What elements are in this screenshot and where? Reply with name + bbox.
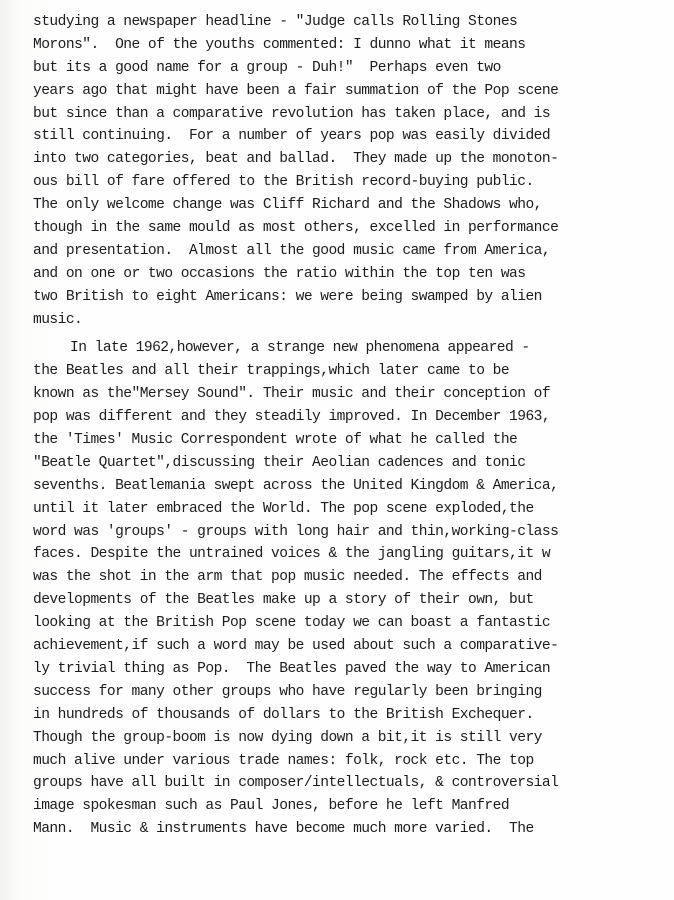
text-line: years ago that might have been a fair su…	[33, 80, 673, 103]
text-line: two British to eight Americans: we were …	[33, 286, 673, 309]
text-line: studying a newspaper headline - "Judge c…	[33, 11, 673, 34]
text-line: success for many other groups who have r…	[33, 681, 673, 704]
text-line: known as the"Mersey Sound". Their music …	[33, 383, 673, 406]
text-line: In late 1962,however, a strange new phen…	[33, 337, 673, 360]
text-line: pop was different and they steadily impr…	[33, 406, 673, 429]
text-line: much alive under various trade names: fo…	[33, 750, 673, 773]
text-line: faces. Despite the untrained voices & th…	[33, 543, 673, 566]
text-line: but since than a comparative revolution …	[33, 103, 673, 126]
text-line: looking at the British Pop scene today w…	[33, 612, 673, 635]
text-line: and presentation. Almost all the good mu…	[33, 240, 673, 263]
text-line: developments of the Beatles make up a st…	[33, 589, 673, 612]
text-line: The only welcome change was Cliff Richar…	[33, 194, 673, 217]
text-line: music.	[33, 309, 673, 332]
text-line: ly trivial thing as Pop. The Beatles pav…	[33, 658, 673, 681]
text-line: but its a good name for a group - Duh!" …	[33, 57, 673, 80]
text-line: ous bill of fare offered to the British …	[33, 171, 673, 194]
text-line: image spokesman such as Paul Jones, befo…	[33, 795, 673, 818]
text-line: in hundreds of thousands of dollars to t…	[33, 704, 673, 727]
paragraph: In late 1962,however, a strange new phen…	[33, 337, 673, 841]
text-line: Morons". One of the youths commented: I …	[33, 34, 673, 57]
text-line: sevenths. Beatlemania swept across the U…	[33, 475, 673, 498]
text-line: into two categories, beat and ballad. Th…	[33, 148, 673, 171]
text-line: was the shot in the arm that pop music n…	[33, 566, 673, 589]
paragraph: studying a newspaper headline - "Judge c…	[33, 11, 673, 331]
text-line: the Beatles and all their trappings,whic…	[33, 360, 673, 383]
text-line: word was 'groups' - groups with long hai…	[33, 521, 673, 544]
text-line: Mann. Music & instruments have become mu…	[33, 818, 673, 841]
page-body-text: studying a newspaper headline - "Judge c…	[33, 11, 673, 841]
text-line: achievement,if such a word may be used a…	[33, 635, 673, 658]
typewritten-page: studying a newspaper headline - "Judge c…	[0, 0, 674, 900]
text-line: and on one or two occasions the ratio wi…	[33, 263, 673, 286]
text-line: the 'Times' Music Correspondent wrote of…	[33, 429, 673, 452]
text-line: though in the same mould as most others,…	[33, 217, 673, 240]
text-line: "Beatle Quartet",discussing their Aeolia…	[33, 452, 673, 475]
text-line: until it later embraced the World. The p…	[33, 498, 673, 521]
text-line: still continuing. For a number of years …	[33, 125, 673, 148]
text-line: groups have all built in composer/intell…	[33, 772, 673, 795]
text-line: Though the group-boom is now dying down …	[33, 727, 673, 750]
